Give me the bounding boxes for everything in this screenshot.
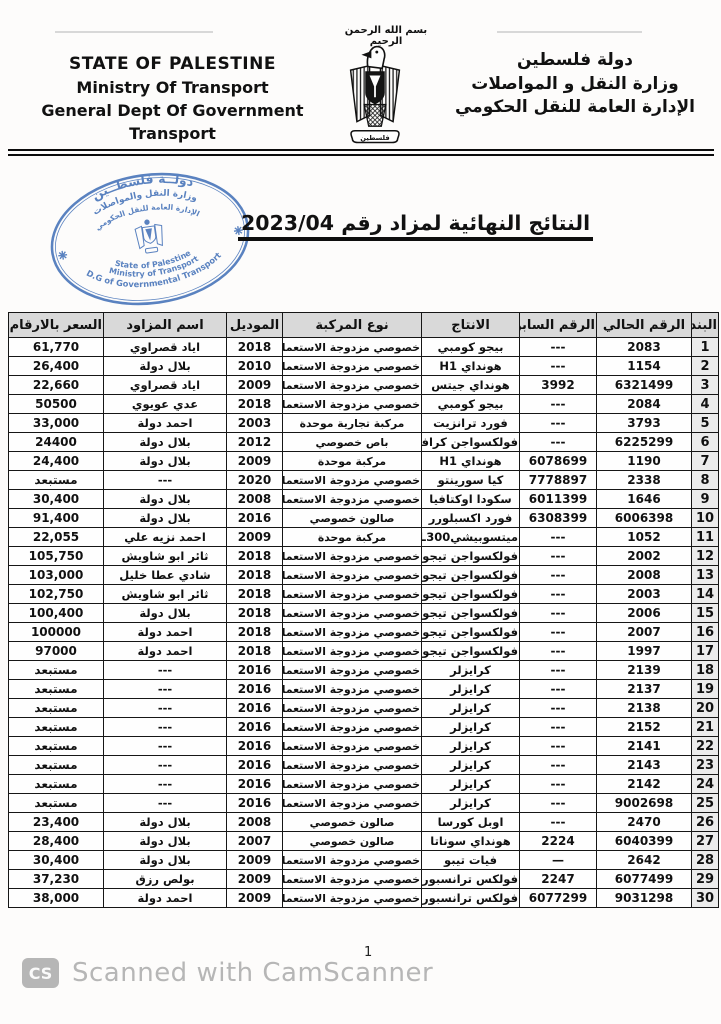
cell-price: مستبعد	[9, 680, 104, 699]
cell-make: فولكس ترانسبورتر	[422, 870, 520, 889]
cell-model: 2018	[227, 566, 283, 585]
cell-vehicle-type: خصوصي مزدوجة الاستعمال	[283, 642, 422, 661]
cell-bidder-name: شادي عطا خليل	[104, 566, 227, 585]
cell-make: هونداي جيتس	[422, 376, 520, 395]
cell-bidder-name: ---	[104, 471, 227, 490]
cell-model: 2009	[227, 870, 283, 889]
cell-price: 24,400	[9, 452, 104, 471]
cell-model: 2018	[227, 395, 283, 414]
cell-make: كرايزلر	[422, 680, 520, 699]
cell-item-no: 27	[692, 832, 719, 851]
scanned-document-page: بسم الله الرحمن الرحيم STATE OF PALESTIN…	[0, 0, 721, 1024]
cell-item-no: 5	[692, 414, 719, 433]
cell-price: 38,000	[9, 889, 104, 908]
cell-vehicle-type: مركبة تجارية موحدة	[283, 414, 422, 433]
cell-previous-number: 2224	[520, 832, 597, 851]
cell-model: 2009	[227, 851, 283, 870]
column-header-previous-number: الرقم السابق	[520, 313, 597, 338]
cell-price: 37,230	[9, 870, 104, 889]
table-row: 192137---كرايزلرخصوصي مزدوجة الاستعمال20…	[9, 680, 719, 699]
cell-bidder-name: ---	[104, 680, 227, 699]
header-divider-rule	[8, 149, 714, 156]
cell-make: فولكسواجن تيجوان	[422, 604, 520, 623]
cell-bidder-name: بلال دولة	[104, 851, 227, 870]
cell-current-number: 2470	[597, 813, 692, 832]
cell-make: سكودا اوكتافيا	[422, 490, 520, 509]
cell-make: كيا سورينتو	[422, 471, 520, 490]
cell-previous-number: ---	[520, 756, 597, 775]
cell-previous-number: 6078699	[520, 452, 597, 471]
cell-vehicle-type: خصوصي مزدوجة الاستعمال	[283, 566, 422, 585]
cell-price: 30,400	[9, 851, 104, 870]
cell-model: 2016	[227, 794, 283, 813]
cell-make: فولكسواجن تيجوان	[422, 547, 520, 566]
auction-table-body: 12083---بيجو كومبيخصوصي مزدوجة الاستعمال…	[9, 338, 719, 908]
cell-vehicle-type: خصوصي مزدوجة الاستعمال	[283, 604, 422, 623]
camscanner-footer: CS Scanned with CamScanner	[22, 958, 433, 988]
table-row: 53793---فورد ترانزيتمركبة تجارية موحدة20…	[9, 414, 719, 433]
cell-model: 2008	[227, 490, 283, 509]
cell-model: 2018	[227, 585, 283, 604]
cell-price: 28,400	[9, 832, 104, 851]
cell-current-number: 2642	[597, 851, 692, 870]
cell-current-number: 2137	[597, 680, 692, 699]
cell-price: مستبعد	[9, 661, 104, 680]
cell-vehicle-type: خصوصي مزدوجة الاستعمال	[283, 547, 422, 566]
cell-bidder-name: ---	[104, 737, 227, 756]
cell-current-number: 1052	[597, 528, 692, 547]
cell-bidder-name: اياد قصراوي	[104, 376, 227, 395]
cell-previous-number: ---	[520, 718, 597, 737]
cell-price: 100000	[9, 623, 104, 642]
cell-make: هونداي H1	[422, 357, 520, 376]
table-row: 222141---كرايزلرخصوصي مزدوجة الاستعمال20…	[9, 737, 719, 756]
cell-current-number: 2141	[597, 737, 692, 756]
cell-price: 22,660	[9, 376, 104, 395]
table-row: 21154---هونداي H1خصوصي مزدوجة الاستعمال2…	[9, 357, 719, 376]
table-row: 232143---كرايزلرخصوصي مزدوجة الاستعمال20…	[9, 756, 719, 775]
table-row: 12083---بيجو كومبيخصوصي مزدوجة الاستعمال…	[9, 338, 719, 357]
cell-item-no: 14	[692, 585, 719, 604]
header-english-line3: General Dept Of Government Transport	[5, 99, 340, 145]
cell-make: فولكسواجن تيجوان	[422, 623, 520, 642]
cell-current-number: 3793	[597, 414, 692, 433]
cell-item-no: 12	[692, 547, 719, 566]
cell-vehicle-type: خصوصي مزدوجة الاستعمال	[283, 471, 422, 490]
cell-current-number: 2152	[597, 718, 692, 737]
cell-bidder-name: بلال دولة	[104, 357, 227, 376]
cell-vehicle-type: خصوصي مزدوجة الاستعمال	[283, 338, 422, 357]
cell-item-no: 21	[692, 718, 719, 737]
scan-line-right	[497, 31, 642, 33]
cell-vehicle-type: خصوصي مزدوجة الاستعمال	[283, 718, 422, 737]
auction-table-head-row: البندالرقم الحاليالرقم السابقالانتاجنوع …	[9, 313, 719, 338]
cell-current-number: 2003	[597, 585, 692, 604]
cell-make: فولكس ترانسبورتر	[422, 889, 520, 908]
cell-current-number: 6006398	[597, 509, 692, 528]
cell-bidder-name: ---	[104, 661, 227, 680]
cell-previous-number: ---	[520, 813, 597, 832]
cell-price: 23,400	[9, 813, 104, 832]
cell-price: مستبعد	[9, 471, 104, 490]
cell-model: 2016	[227, 680, 283, 699]
cell-bidder-name: ---	[104, 718, 227, 737]
cell-item-no: 7	[692, 452, 719, 471]
cell-bidder-name: بولص رزق	[104, 870, 227, 889]
cell-vehicle-type: مركبة موحدة	[283, 452, 422, 471]
cell-make: كرايزلر	[422, 775, 520, 794]
cell-item-no: 3	[692, 376, 719, 395]
cell-model: 2016	[227, 737, 283, 756]
cell-vehicle-type: خصوصي مزدوجة الاستعمال	[283, 623, 422, 642]
table-row: 363214993992هونداي جيتسخصوصي مزدوجة الاس…	[9, 376, 719, 395]
stamp-eagle-icon	[134, 218, 165, 255]
cell-previous-number: ---	[520, 699, 597, 718]
camscanner-logo-icon: CS	[22, 958, 59, 988]
cell-item-no: 15	[692, 604, 719, 623]
cell-previous-number: ---	[520, 338, 597, 357]
cell-price: مستبعد	[9, 794, 104, 813]
cell-bidder-name: عدي عويوي	[104, 395, 227, 414]
cell-previous-number: ---	[520, 642, 597, 661]
cell-make: كرايزلر	[422, 794, 520, 813]
emblem-banner-text: فلسطين	[360, 134, 390, 142]
camscanner-watermark-text: Scanned with CamScanner	[72, 958, 433, 988]
cell-previous-number: 3992	[520, 376, 597, 395]
cell-model: 2018	[227, 604, 283, 623]
cell-vehicle-type: خصوصي مزدوجة الاستعمال	[283, 395, 422, 414]
cell-item-no: 18	[692, 661, 719, 680]
cell-vehicle-type: خصوصي مزدوجة الاستعمال	[283, 661, 422, 680]
cell-price: 26,400	[9, 357, 104, 376]
cell-previous-number: ---	[520, 528, 597, 547]
cell-vehicle-type: خصوصي مزدوجة الاستعمال	[283, 490, 422, 509]
cell-current-number: 2084	[597, 395, 692, 414]
cell-price: 105,750	[9, 547, 104, 566]
cell-vehicle-type: خصوصي مزدوجة الاستعمال	[283, 585, 422, 604]
cell-previous-number: ---	[520, 414, 597, 433]
cell-price: 50500	[9, 395, 104, 414]
cell-price: 97000	[9, 642, 104, 661]
cell-item-no: 23	[692, 756, 719, 775]
table-row: 182139---كرايزلرخصوصي مزدوجة الاستعمال20…	[9, 661, 719, 680]
cell-model: 2009	[227, 889, 283, 908]
cell-item-no: 30	[692, 889, 719, 908]
cell-previous-number: ---	[520, 547, 597, 566]
cell-item-no: 2	[692, 357, 719, 376]
cell-bidder-name: ---	[104, 756, 227, 775]
cell-item-no: 11	[692, 528, 719, 547]
cell-price: مستبعد	[9, 718, 104, 737]
cell-item-no: 25	[692, 794, 719, 813]
column-header-current-number: الرقم الحالي	[597, 313, 692, 338]
cell-bidder-name: بلال دولة	[104, 452, 227, 471]
cell-item-no: 1	[692, 338, 719, 357]
table-row: 122002---فولكسواجن تيجوانخصوصي مزدوجة ال…	[9, 547, 719, 566]
cell-previous-number: ---	[520, 585, 597, 604]
table-row: 66225299---فولكسواجن كرافترباص خصوصي2012…	[9, 433, 719, 452]
stamp-star-left-icon	[58, 250, 68, 260]
cell-current-number: 1997	[597, 642, 692, 661]
table-row: 242142---كرايزلرخصوصي مزدوجة الاستعمال20…	[9, 775, 719, 794]
cell-previous-number: ---	[520, 395, 597, 414]
cell-bidder-name: ---	[104, 794, 227, 813]
cell-current-number: 6077499	[597, 870, 692, 889]
cell-make: فولكسواجن تيجوان	[422, 566, 520, 585]
cell-current-number: 2139	[597, 661, 692, 680]
cell-item-no: 22	[692, 737, 719, 756]
cell-item-no: 4	[692, 395, 719, 414]
cell-make: ميتسوبيشيL300	[422, 528, 520, 547]
cell-make: فورد اكسبلورر	[422, 509, 520, 528]
cell-vehicle-type: صالون خصوصي	[283, 813, 422, 832]
cell-previous-number: ---	[520, 661, 597, 680]
cell-current-number: 9031298	[597, 889, 692, 908]
cell-vehicle-type: خصوصي مزدوجة الاستعمال	[283, 737, 422, 756]
cell-make: فيات تيبو	[422, 851, 520, 870]
cell-vehicle-type: خصوصي مزدوجة الاستعمال	[283, 680, 422, 699]
cell-model: 2020	[227, 471, 283, 490]
cell-current-number: 1190	[597, 452, 692, 471]
cell-previous-number: ---	[520, 680, 597, 699]
table-row: 1060063986308399فورد اكسبلوررصالون خصوصي…	[9, 509, 719, 528]
cell-current-number: 2142	[597, 775, 692, 794]
cell-previous-number: ---	[520, 794, 597, 813]
cell-vehicle-type: خصوصي مزدوجة الاستعمال	[283, 775, 422, 794]
cell-vehicle-type: خصوصي مزدوجة الاستعمال	[283, 889, 422, 908]
cell-price: 61,770	[9, 338, 104, 357]
cell-bidder-name: بلال دولة	[104, 490, 227, 509]
table-row: 282642—فيات تيبوخصوصي مزدوجة الاستعمال20…	[9, 851, 719, 870]
cell-previous-number: ---	[520, 604, 597, 623]
cell-make: فولكسواجن تيجوان	[422, 585, 520, 604]
cell-previous-number: ---	[520, 623, 597, 642]
table-row: 202138---كرايزلرخصوصي مزدوجة الاستعمال20…	[9, 699, 719, 718]
cell-item-no: 17	[692, 642, 719, 661]
cell-item-no: 20	[692, 699, 719, 718]
cell-model: 2009	[227, 452, 283, 471]
cell-model: 2016	[227, 775, 283, 794]
cell-price: مستبعد	[9, 775, 104, 794]
cell-model: 2010	[227, 357, 283, 376]
cell-make: بيجو كومبي	[422, 395, 520, 414]
cell-current-number: 6040399	[597, 832, 692, 851]
column-header-vehicle-type: نوع المركبة	[283, 313, 422, 338]
cell-item-no: 24	[692, 775, 719, 794]
document-title: النتائج النهائية لمزاد رقم 2023/04	[238, 211, 593, 241]
cell-make: فورد ترانزيت	[422, 414, 520, 433]
cell-bidder-name: بلال دولة	[104, 832, 227, 851]
cell-make: كرايزلر	[422, 718, 520, 737]
cell-bidder-name: احمد نزيه علي	[104, 528, 227, 547]
cell-previous-number: 6011399	[520, 490, 597, 509]
cell-item-no: 8	[692, 471, 719, 490]
cell-make: كرايزلر	[422, 756, 520, 775]
cell-previous-number: ---	[520, 775, 597, 794]
cell-price: 30,400	[9, 490, 104, 509]
header-english-line2: Ministry Of Transport	[5, 76, 340, 99]
table-row: 823387778897كيا سورينتوخصوصي مزدوجة الاس…	[9, 471, 719, 490]
header-arabic-line1: دولة فلسطين	[435, 49, 715, 73]
table-row: 212152---كرايزلرخصوصي مزدوجة الاستعمال20…	[9, 718, 719, 737]
cell-vehicle-type: خصوصي مزدوجة الاستعمال	[283, 376, 422, 395]
table-row: 152006---فولكسواجن تيجوانخصوصي مزدوجة ال…	[9, 604, 719, 623]
cell-previous-number: 7778897	[520, 471, 597, 490]
cell-bidder-name: ---	[104, 775, 227, 794]
cell-model: 2009	[227, 528, 283, 547]
cell-current-number: 2002	[597, 547, 692, 566]
cell-make: هونداي H1	[422, 452, 520, 471]
cell-make: بيجو كومبي	[422, 338, 520, 357]
table-row: 2960774992247فولكس ترانسبورترخصوصي مزدوج…	[9, 870, 719, 889]
cell-previous-number: 6077299	[520, 889, 597, 908]
auction-results-table: البندالرقم الحاليالرقم السابقالانتاجنوع …	[8, 312, 719, 908]
cell-vehicle-type: خصوصي مزدوجة الاستعمال	[283, 870, 422, 889]
cell-bidder-name: احمد دولة	[104, 414, 227, 433]
cell-current-number: 2007	[597, 623, 692, 642]
cell-model: 2003	[227, 414, 283, 433]
column-header-model: الموديل	[227, 313, 283, 338]
cell-price: 33,000	[9, 414, 104, 433]
cell-model: 2008	[227, 813, 283, 832]
cell-previous-number: 6308399	[520, 509, 597, 528]
header-arabic-line3: الإدارة العامة للنقل الحكومي	[435, 96, 715, 120]
cell-price: 22,055	[9, 528, 104, 547]
cell-price: مستبعد	[9, 737, 104, 756]
table-row: 3090312986077299فولكس ترانسبورترخصوصي مز…	[9, 889, 719, 908]
cell-vehicle-type: صالون خصوصي	[283, 832, 422, 851]
table-row: 162007---فولكسواجن تيجوانخصوصي مزدوجة ال…	[9, 623, 719, 642]
cell-previous-number: ---	[520, 737, 597, 756]
cell-bidder-name: ثائر ابو شاويش	[104, 547, 227, 566]
table-row: 259002698---كرايزلرخصوصي مزدوجة الاستعما…	[9, 794, 719, 813]
cell-current-number: 2006	[597, 604, 692, 623]
cell-vehicle-type: باص خصوصي	[283, 433, 422, 452]
cell-bidder-name: احمد دولة	[104, 889, 227, 908]
palestine-eagle-icon: فلسطين	[329, 43, 421, 147]
cell-make: كرايزلر	[422, 737, 520, 756]
cell-current-number: 6225299	[597, 433, 692, 452]
table-row: 916466011399سكودا اوكتافياخصوصي مزدوجة ا…	[9, 490, 719, 509]
cell-price: 91,400	[9, 509, 104, 528]
cell-model: 2018	[227, 338, 283, 357]
cell-current-number: 2008	[597, 566, 692, 585]
cell-bidder-name: بلال دولة	[104, 509, 227, 528]
table-row: 262470---اوبل كورساصالون خصوصي2008بلال د…	[9, 813, 719, 832]
cell-previous-number: ---	[520, 357, 597, 376]
cell-bidder-name: احمد دولة	[104, 623, 227, 642]
cell-vehicle-type: خصوصي مزدوجة الاستعمال	[283, 756, 422, 775]
cell-price: 100,400	[9, 604, 104, 623]
cell-model: 2018	[227, 547, 283, 566]
cell-item-no: 10	[692, 509, 719, 528]
column-header-bidder-name: اسم المزاود	[104, 313, 227, 338]
cell-price: مستبعد	[9, 756, 104, 775]
cell-item-no: 28	[692, 851, 719, 870]
cell-vehicle-type: خصوصي مزدوجة الاستعمال	[283, 794, 422, 813]
cell-bidder-name: بلال دولة	[104, 433, 227, 452]
cell-model: 2016	[227, 509, 283, 528]
cell-item-no: 13	[692, 566, 719, 585]
cell-previous-number: ---	[520, 566, 597, 585]
cell-item-no: 26	[692, 813, 719, 832]
cell-previous-number: —	[520, 851, 597, 870]
header-arabic-line2: وزارة النقل و المواصلات	[435, 73, 715, 97]
header-arabic: دولة فلسطين وزارة النقل و المواصلات الإد…	[435, 49, 715, 120]
column-header-item-no: البند	[692, 313, 719, 338]
column-header-price: السعر بالارقام	[9, 313, 104, 338]
cell-model: 2018	[227, 642, 283, 661]
cell-model: 2016	[227, 661, 283, 680]
cell-item-no: 29	[692, 870, 719, 889]
table-row: 111052---ميتسوبيشيL300مركبة موحدة2009احم…	[9, 528, 719, 547]
table-row: 142003---فولكسواجن تيجوانخصوصي مزدوجة ال…	[9, 585, 719, 604]
table-row: 42084---بيجو كومبيخصوصي مزدوجة الاستعمال…	[9, 395, 719, 414]
cell-bidder-name: اياد قصراوي	[104, 338, 227, 357]
cell-bidder-name: ---	[104, 699, 227, 718]
cell-price: 102,750	[9, 585, 104, 604]
cell-previous-number: 2247	[520, 870, 597, 889]
cell-current-number: 2143	[597, 756, 692, 775]
cell-bidder-name: بلال دولة	[104, 813, 227, 832]
cell-current-number: 9002698	[597, 794, 692, 813]
cell-current-number: 2338	[597, 471, 692, 490]
scan-line-left	[55, 31, 213, 33]
cell-current-number: 2138	[597, 699, 692, 718]
cell-item-no: 16	[692, 623, 719, 642]
cell-item-no: 9	[692, 490, 719, 509]
header-english-line1: STATE OF PALESTINE	[5, 53, 340, 76]
column-header-make: الانتاج	[422, 313, 520, 338]
table-row: 2760403992224هونداي سوناتاصالون خصوصي200…	[9, 832, 719, 851]
cell-vehicle-type: خصوصي مزدوجة الاستعمال	[283, 699, 422, 718]
cell-make: اوبل كورسا	[422, 813, 520, 832]
cell-current-number: 1646	[597, 490, 692, 509]
cell-make: فولكسواجن كرافتر	[422, 433, 520, 452]
cell-bidder-name: ثائر ابو شاويش	[104, 585, 227, 604]
cell-bidder-name: احمد دولة	[104, 642, 227, 661]
cell-vehicle-type: مركبة موحدة	[283, 528, 422, 547]
cell-make: كرايزلر	[422, 699, 520, 718]
cell-make: كرايزلر	[422, 661, 520, 680]
cell-current-number: 1154	[597, 357, 692, 376]
cell-model: 2016	[227, 718, 283, 737]
table-row: 171997---فولكسواجن تيجوانخصوصي مزدوجة ال…	[9, 642, 719, 661]
cell-bidder-name: بلال دولة	[104, 604, 227, 623]
table-row: 132008---فولكسواجن تيجوانخصوصي مزدوجة ال…	[9, 566, 719, 585]
cell-make: هونداي سوناتا	[422, 832, 520, 851]
cell-current-number: 6321499	[597, 376, 692, 395]
table-row: 711906078699هونداي H1مركبة موحدة2009بلال…	[9, 452, 719, 471]
cell-vehicle-type: صالون خصوصي	[283, 509, 422, 528]
cell-current-number: 2083	[597, 338, 692, 357]
cell-model: 2018	[227, 623, 283, 642]
cell-item-no: 6	[692, 433, 719, 452]
header-english: STATE OF PALESTINE Ministry Of Transport…	[5, 53, 340, 145]
cell-previous-number: ---	[520, 433, 597, 452]
cell-model: 2016	[227, 756, 283, 775]
cell-model: 2012	[227, 433, 283, 452]
cell-item-no: 19	[692, 680, 719, 699]
cell-price: 24400	[9, 433, 104, 452]
cell-vehicle-type: خصوصي مزدوجة الاستعمال	[283, 851, 422, 870]
cell-make: فولكسواجن تيجوان	[422, 642, 520, 661]
cell-model: 2009	[227, 376, 283, 395]
cell-vehicle-type: خصوصي مزدوجة الاستعمال	[283, 357, 422, 376]
cell-model: 2007	[227, 832, 283, 851]
cell-price: 103,000	[9, 566, 104, 585]
cell-price: مستبعد	[9, 699, 104, 718]
